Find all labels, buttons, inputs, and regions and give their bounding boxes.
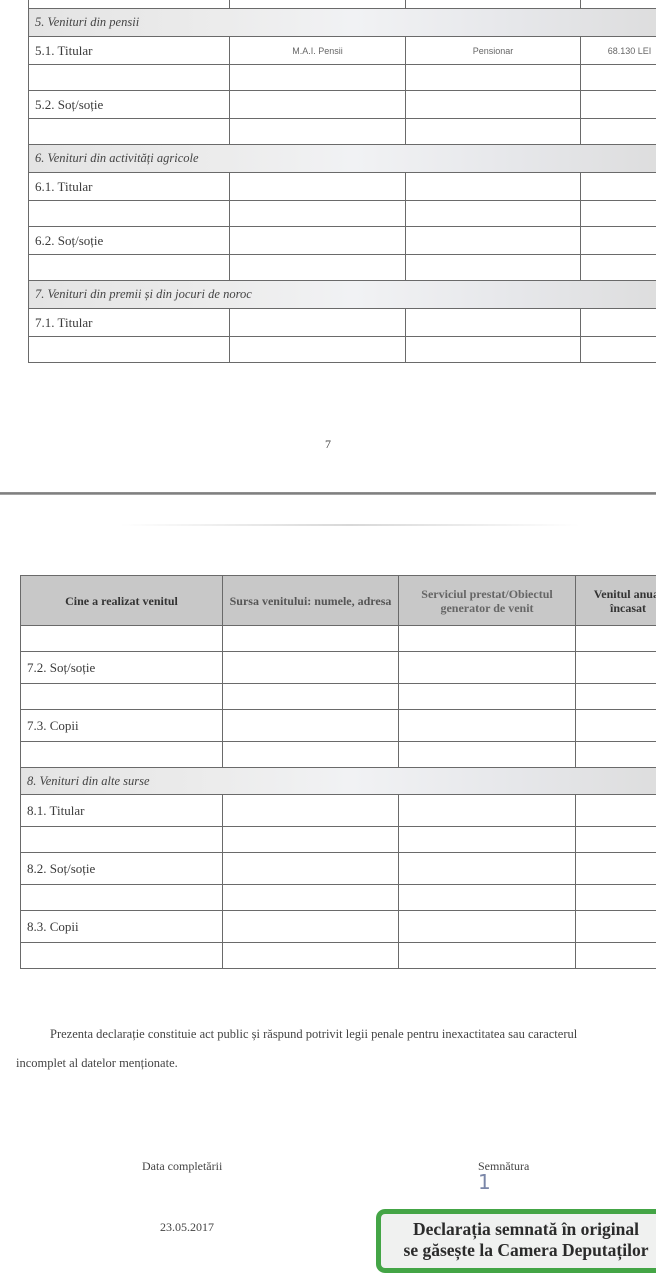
- page-number: 7: [0, 437, 656, 452]
- cell-income: [581, 337, 656, 363]
- cell-source: [230, 65, 406, 91]
- cell-service: [406, 255, 581, 281]
- cell-source: [223, 652, 399, 684]
- section-title: 5. Venituri din pensii: [29, 9, 656, 37]
- cell-income: [581, 227, 656, 255]
- cell-service: [399, 853, 576, 885]
- cell-source: [223, 911, 399, 943]
- cell-source: [223, 943, 399, 969]
- cell-income: [576, 885, 656, 911]
- cell-income: [576, 710, 656, 742]
- table-row: [29, 119, 656, 145]
- header-source: Sursa venitului: numele, adresa: [223, 576, 399, 626]
- cell-label: 5.1. Titular: [29, 37, 230, 65]
- cell-source: [230, 227, 406, 255]
- income-table-continued: 5. Venituri din pensii5.1. TitularM.A.I.…: [28, 0, 656, 363]
- date-label: Data completării: [142, 1159, 222, 1174]
- declaration-text-line1: Prezenta declarație constituie act publi…: [50, 1027, 656, 1042]
- cell-source: [230, 255, 406, 281]
- cell-service: [399, 684, 576, 710]
- cell-service: [399, 742, 576, 768]
- table-row: [29, 0, 656, 9]
- cell-source: [223, 742, 399, 768]
- cell-source: [230, 0, 406, 9]
- cell-service: [399, 710, 576, 742]
- cell-service: [399, 795, 576, 827]
- header-service: Serviciul prestat/Obiectul generator de …: [399, 576, 576, 626]
- cell-income: [581, 0, 656, 9]
- cell-label: 7.2. Soț/soție: [21, 652, 223, 684]
- cell-source: [223, 710, 399, 742]
- date-value: 23.05.2017: [160, 1220, 214, 1235]
- table-row: [29, 337, 656, 363]
- cell-service: [406, 173, 581, 201]
- cell-label: [29, 255, 230, 281]
- cell-service: [399, 652, 576, 684]
- cell-service: [406, 119, 581, 145]
- cell-source: M.A.I. Pensii: [230, 37, 406, 65]
- cell-income: [576, 943, 656, 969]
- cell-service: [399, 827, 576, 853]
- cell-income: [581, 119, 656, 145]
- table-row: [21, 626, 656, 652]
- cell-label: [21, 742, 223, 768]
- table-row: 5.2. Soț/soție: [29, 91, 656, 119]
- cell-label: [21, 827, 223, 853]
- cell-label: 6.2. Soț/soție: [29, 227, 230, 255]
- cell-source: [230, 91, 406, 119]
- section-header-row: 7. Venituri din premii și din jocuri de …: [29, 281, 656, 309]
- cell-income: [576, 853, 656, 885]
- stamp-line2: se găsește la Camera Deputaților: [381, 1240, 656, 1261]
- cell-label: 7.1. Titular: [29, 309, 230, 337]
- table-row: 7.3. Copii: [21, 710, 656, 742]
- cell-income: [576, 827, 656, 853]
- cell-label: [29, 65, 230, 91]
- cell-source: [230, 309, 406, 337]
- section-title: 7. Venituri din premii și din jocuri de …: [29, 281, 656, 309]
- section-header-row: 6. Venituri din activități agricole: [29, 145, 656, 173]
- table-header-row: Cine a realizat venitul Sursa venitului:…: [21, 576, 656, 626]
- cell-service: [406, 201, 581, 227]
- cell-label: 5.2. Soț/soție: [29, 91, 230, 119]
- table-row: [21, 684, 656, 710]
- table-row: 8.3. Copii: [21, 911, 656, 943]
- page-divider: [0, 492, 656, 495]
- cell-label: 8.1. Titular: [21, 795, 223, 827]
- cell-income: [576, 652, 656, 684]
- table-row: [29, 65, 656, 91]
- cell-income: [576, 911, 656, 943]
- cell-service: [406, 91, 581, 119]
- cell-source: [223, 885, 399, 911]
- cell-income: [581, 65, 656, 91]
- cell-service: [399, 911, 576, 943]
- cell-income: [581, 309, 656, 337]
- cell-income: 68.130 LEI: [581, 37, 656, 65]
- cell-service: [399, 626, 576, 652]
- cell-service: [399, 885, 576, 911]
- section-title: 8. Venituri din alte surse: [21, 768, 656, 795]
- table-row: [29, 255, 656, 281]
- cell-service: [406, 227, 581, 255]
- stamp-line1: Declarația semnată în original: [381, 1219, 656, 1240]
- original-signed-stamp: Declarația semnată în original se găseșt…: [376, 1209, 656, 1273]
- cell-source: [223, 795, 399, 827]
- cell-service: [399, 943, 576, 969]
- table-row: 5.1. TitularM.A.I. PensiiPensionar68.130…: [29, 37, 656, 65]
- scan-artifact: [120, 524, 580, 526]
- table-row: [21, 742, 656, 768]
- cell-label: [29, 0, 230, 9]
- cell-label: [29, 119, 230, 145]
- table-row: 7.1. Titular: [29, 309, 656, 337]
- cell-income: [581, 173, 656, 201]
- cell-label: [21, 943, 223, 969]
- header-income: Venitul anual încasat: [576, 576, 656, 626]
- cell-label: 8.2. Soț/soție: [21, 853, 223, 885]
- cell-label: 8.3. Copii: [21, 911, 223, 943]
- cell-income: [576, 626, 656, 652]
- section-title: 6. Venituri din activități agricole: [29, 145, 656, 173]
- cell-service: [406, 65, 581, 91]
- section-header-row: 5. Venituri din pensii: [29, 9, 656, 37]
- cell-service: [406, 309, 581, 337]
- cell-label: 7.3. Copii: [21, 710, 223, 742]
- cell-income: [581, 201, 656, 227]
- section-header-row: 8. Venituri din alte surse: [21, 768, 656, 795]
- cell-label: 6.1. Titular: [29, 173, 230, 201]
- table-row: [21, 943, 656, 969]
- cell-source: [230, 201, 406, 227]
- cell-income: [581, 91, 656, 119]
- cell-label: [29, 337, 230, 363]
- cell-income: [576, 742, 656, 768]
- table-row: 7.2. Soț/soție: [21, 652, 656, 684]
- cell-source: [230, 173, 406, 201]
- cell-source: [223, 626, 399, 652]
- cell-label: [21, 885, 223, 911]
- cell-source: [223, 853, 399, 885]
- declaration-text-line2: incomplet al datelor menționate.: [16, 1056, 656, 1071]
- cell-service: [406, 0, 581, 9]
- signature-mark: 1: [478, 1170, 491, 1194]
- cell-label: [21, 626, 223, 652]
- cell-label: [29, 201, 230, 227]
- table-row: 6.1. Titular: [29, 173, 656, 201]
- cell-source: [223, 827, 399, 853]
- cell-label: [21, 684, 223, 710]
- table-row: 6.2. Soț/soție: [29, 227, 656, 255]
- table-row: [29, 201, 656, 227]
- table-row: [21, 885, 656, 911]
- header-who: Cine a realizat venitul: [21, 576, 223, 626]
- cell-income: [576, 795, 656, 827]
- cell-income: [576, 684, 656, 710]
- cell-service: Pensionar: [406, 37, 581, 65]
- cell-source: [230, 119, 406, 145]
- cell-source: [230, 337, 406, 363]
- table-row: [21, 827, 656, 853]
- cell-income: [581, 255, 656, 281]
- table-row: 8.2. Soț/soție: [21, 853, 656, 885]
- income-table: Cine a realizat venitul Sursa venitului:…: [20, 575, 656, 969]
- cell-service: [406, 337, 581, 363]
- table-row: 8.1. Titular: [21, 795, 656, 827]
- cell-source: [223, 684, 399, 710]
